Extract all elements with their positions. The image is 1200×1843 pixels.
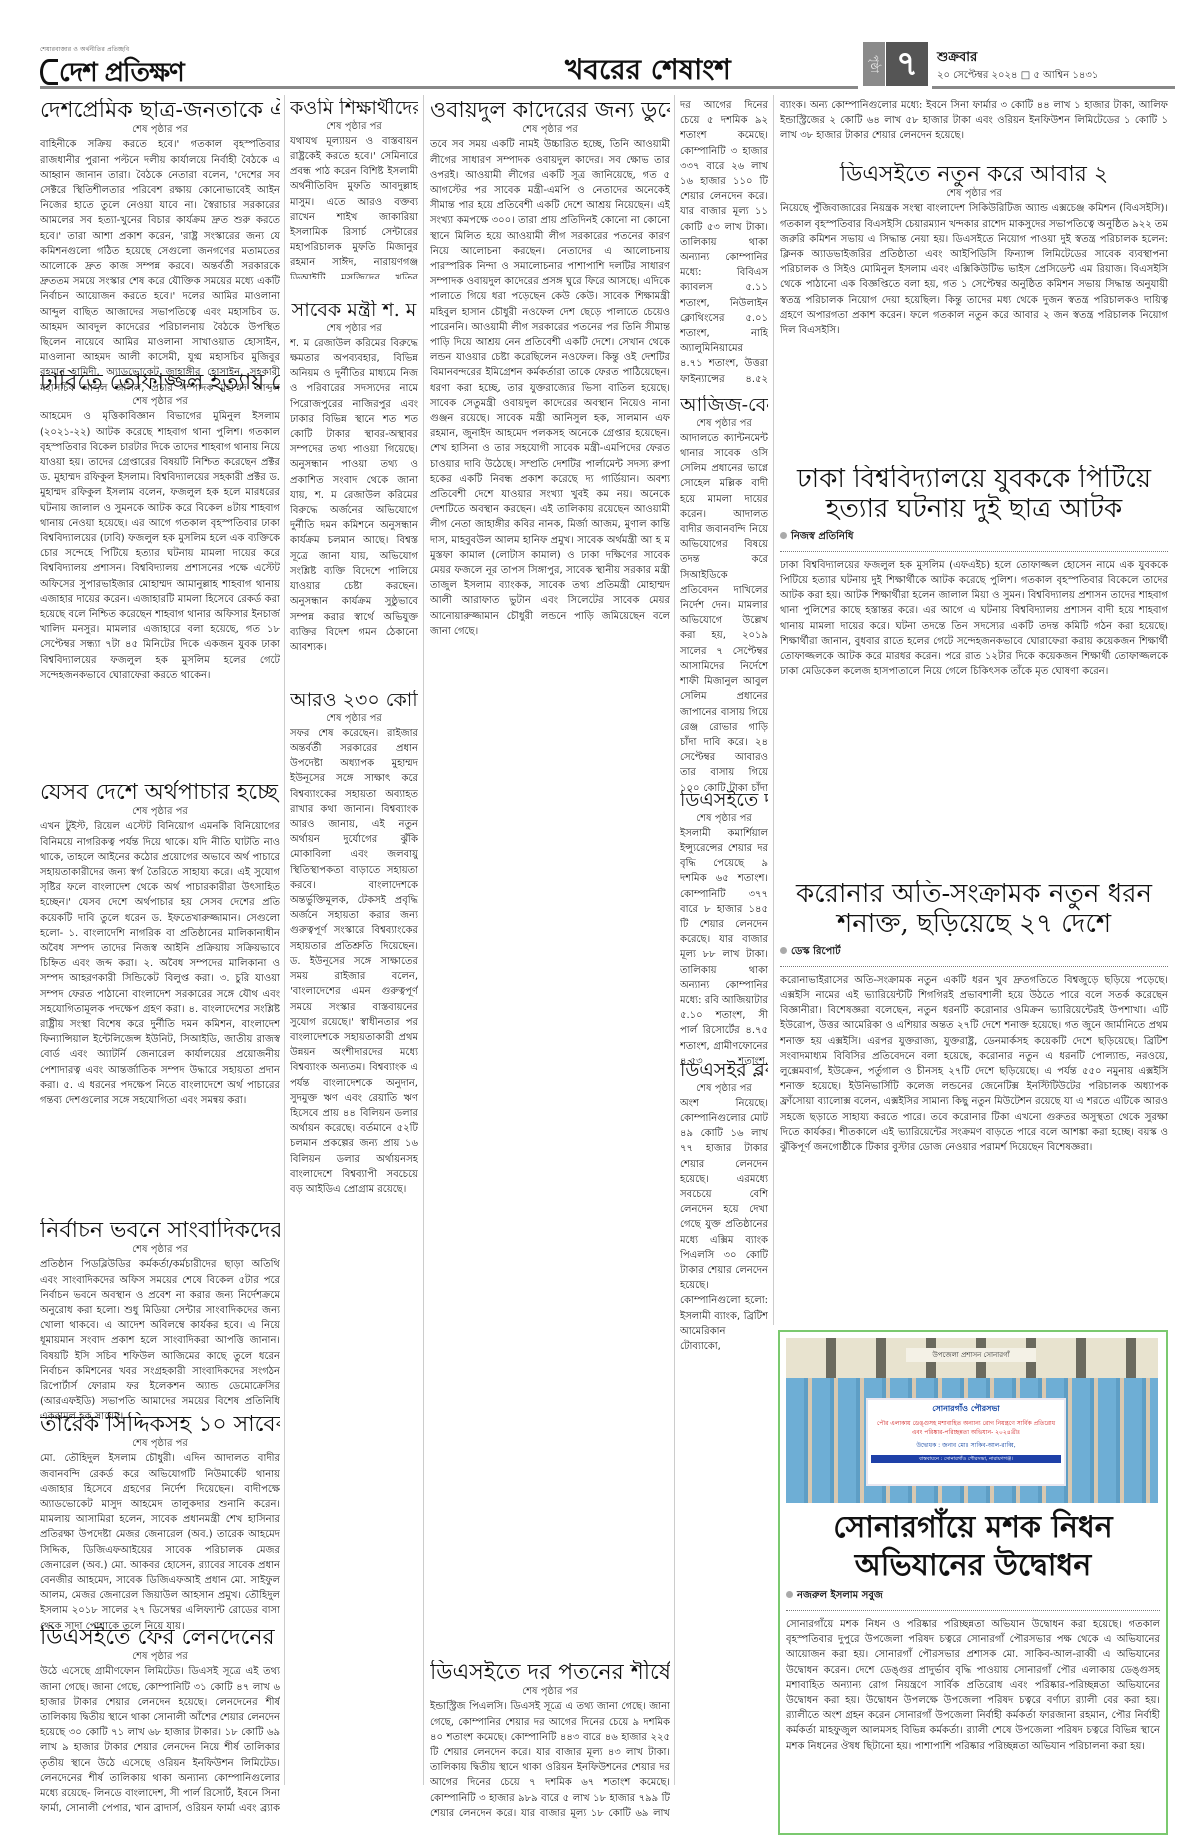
headline: ডিএসইতে নতুন করে আবার ২ [780,162,1168,187]
jump-label: শেষ পৃষ্ঠার পর [680,417,768,431]
article-sonargaon[interactable]: উপজেলা প্রশাসন সোনারগাঁ সোনারগাঁও পৌরসভা… [778,1330,1168,1835]
header-rule-right [932,86,1175,89]
header-rule-left [40,86,858,89]
headline: যেসব দেশে অর্থপাচার হচ্ছে তাদের [40,780,280,805]
article-tarek[interactable]: তারেক সিদ্দিকসহ ১০ সাবেক সেনা শেষ পৃষ্ঠা… [40,1412,280,1636]
article-body: প্রতিষ্ঠান পিডব্লিউডির কর্মকর্তা/কর্মচার… [40,1257,280,1422]
column-rule [773,95,774,1325]
headline: ওবায়দুল কাদেরের জন্য ডুবেছে [430,98,670,123]
headline: আরও ২৩০ কোটি [290,690,418,712]
article-aziz-benazir[interactable]: আজিজ-বেনজীরসহ শেষ পৃষ্ঠার পর আদালতে ক্যা… [680,395,768,791]
article-body: করোনাভাইরাসের অতি-সংক্রামক নতুন একটি ধরন… [780,973,1168,1298]
article-body: মো. তৌহিদুল ইসলাম চৌধুরী। এদিন আদালত বাদ… [40,1451,280,1636]
jump-label: শেষ পৃষ্ঠার পর [40,805,280,819]
article-dse-notun[interactable]: ডিএসইতে নতুন করে আবার ২ শেষ পৃষ্ঠার পর ন… [780,162,1168,416]
column-rule [284,95,285,1785]
article-body: উঠে এসেছে গ্রামীণফোন লিমিটেড। ডিএসই সূত্… [40,1664,280,1816]
headline: নির্বাচন ভবনে সাংবাদিকদের প্রবেশ [40,1218,280,1243]
bullet-icon [786,1591,793,1598]
article-col6-continuation[interactable]: ব্যাংক। অন্য কোম্পানিগুলোর মধ্যে: ইবনে স… [780,98,1168,160]
article-body: তবে সব সময় একটি নামই উচ্চারিত হচ্ছে, তি… [430,137,670,1672]
newspaper-logo[interactable]: দেশ প্রতিক্ষণ [40,52,184,96]
jump-label: শেষ পৃষ্ঠার পর [780,187,1168,201]
newspaper-page: শেয়ারবাজার ও অর্থনীতির প্রতিচ্ছবি দেশ প… [40,0,1175,1843]
headline: দেশপ্রেমিক ছাত্র-জনতাকে ঐক্যবদ্ধ [40,98,280,123]
article-dse-poton[interactable]: ডিএসইতে দর পতনের শীর্ষে হামি শেষ পৃষ্ঠার… [430,1660,670,1819]
article-obaidul[interactable]: ওবায়দুল কাদেরের জন্য ডুবেছে শেষ পৃষ্ঠার… [430,98,670,1672]
jump-label: শেষ পৃষ্ঠার পর [40,1243,280,1257]
article-body: যথাযথ মূল্যায়ন ও বাস্তবায়ন রাষ্ট্রকেই … [290,134,418,279]
issue-date: ২০ সেপ্টেম্বর ২০২৪ □ ৫ আশ্বিন ১৪৩১ [937,68,1098,85]
jump-label: শেষ পৃষ্ঠার পর [290,322,418,336]
news-photo[interactable]: উপজেলা প্রশাসন সোনারগাঁ সোনারগাঁও পৌরসভা… [786,1338,1158,1503]
logo-text: দেশ প্রতিক্ষণ [59,58,184,88]
column-rule [423,95,424,1785]
jump-label: শেষ পৃষ্ঠার পর [290,712,418,726]
article-body: নিয়েছে পুঁজিবাজারের নিয়ন্ত্রক সংস্থা ব… [780,201,1168,416]
headline: করোনার অতি-সংক্রামক নতুন ধরন শনাক্ত, ছড়… [780,880,1168,940]
article-col5-continuation[interactable]: দর আগের দিনের চেয়ে ৫ দশমিক ৯২ শতাংশ কমে… [680,98,768,388]
headline: ডিএসইর ব্লক মার্কেটে [680,1060,768,1082]
jump-label: শেষ পৃষ্ঠার পর [290,120,418,134]
jump-label: শেষ পৃষ্ঠার পর [680,1082,768,1096]
jump-label: শেষ পৃষ্ঠার পর [430,1685,670,1699]
headline: ডিএসইতে ফের লেনদেনের শীর্ষে [40,1625,280,1650]
jump-label: শেষ পৃষ্ঠার পর [40,1650,280,1664]
bullet-icon [780,947,787,954]
article-body: ইসলামী কমার্শিয়াল ইন্স্যুরেন্সের শেয়ার… [680,826,768,1066]
jump-label: শেষ পৃষ্ঠার পর [430,123,670,137]
byline: নিজস্ব প্রতিনিধি [780,529,1168,552]
byline: নজরুল ইসলাম সবুজ [786,1588,1160,1611]
article-body: দর আগের দিনের চেয়ে ৫ দশমিক ৯২ শতাংশ কমে… [680,98,768,388]
page-label: পৃষ্ঠা [863,42,885,86]
headline: কওমি শিক্ষার্থীদের [290,98,418,120]
logo-ring-icon [40,59,58,85]
article-body: আহমেদ ও মৃত্তিকাবিজ্ঞান বিভাগের মুমিনুল … [40,409,280,794]
headline: ডিএসইতে দর [680,790,768,812]
article-body: ব্যাংক। অন্য কোম্পানিগুলোর মধ্যে: ইবনে স… [780,98,1168,160]
article-block-market[interactable]: ডিএসইর ব্লক মার্কেটে শেষ পৃষ্ঠার পর অংশ … [680,1060,768,1351]
photo-banner: সোনারগাঁও পৌরসভা পৌর এলাকায় ডেঙ্গুসহ মশ… [866,1398,1066,1486]
jump-label: শেষ পৃষ্ঠার পর [40,395,280,409]
jump-label: শেষ পৃষ্ঠার পর [40,1437,280,1451]
article-body: আদালতে ক্যান্টনমেন্ট থানার সাবেক ওসি সেল… [680,431,768,791]
article-dse-fer[interactable]: ডিএসইতে ফের লেনদেনের শীর্ষে শেষ পৃষ্ঠার … [40,1625,280,1816]
article-body: সোনারগাঁয়ে মশক নিধন ও পরিষ্কার পরিচ্ছন্… [786,1617,1160,1762]
headline: ঢাকা বিশ্ববিদ্যালয়ে যুবককে পিটিয়ে হত্য… [780,465,1168,525]
article-arthopachar[interactable]: যেসব দেশে অর্থপাচার হচ্ছে তাদের শেষ পৃষ্… [40,780,280,1229]
article-qawmi[interactable]: কওমি শিক্ষার্থীদের শেষ পৃষ্ঠার পর যথাযথ … [290,98,418,279]
article-body: এখন টুইস্ট, রিয়েল এস্টেট বিনিয়োগ এমনকি… [40,819,280,1229]
masthead: শেয়ারবাজার ও অর্থনীতির প্রতিচ্ছবি দেশ প… [40,36,1175,84]
article-arou-230-koti[interactable]: আরও ২৩০ কোটি শেষ পৃষ্ঠার পর সফর শেষ করেছ… [290,690,418,1821]
jump-label: শেষ পৃষ্ঠার পর [40,123,280,137]
article-shom-rezaul[interactable]: সাবেক মন্ত্রী শ. ম শেষ পৃষ্ঠার পর শ. ম র… [290,300,418,711]
page-number: ৭ [886,42,928,86]
headline: সোনারগাঁয়ে মশক নিধন অভিযানের উদ্বোধন [786,1509,1160,1584]
article-body: ঢাকা বিশ্ববিদ্যালয়ের ফজলুল হক মুসলিম (এ… [780,558,1168,868]
headline: তারেক সিদ্দিকসহ ১০ সাবেক সেনা [40,1412,280,1437]
bullet-icon [780,532,787,539]
article-dhabi-murder[interactable]: ঢাকা বিশ্ববিদ্যালয়ে যুবককে পিটিয়ে হত্য… [780,465,1168,868]
article-body: ইন্ডাস্ট্রিজ পিএলসি। ডিএসই সূত্রে এ তথ্য… [430,1699,670,1819]
article-deshpremik[interactable]: দেশপ্রেমিক ছাত্র-জনতাকে ঐক্যবদ্ধ শেষ পৃষ… [40,98,280,392]
article-body: সফর শেষ করেছেন। রাইজার অন্তর্বর্তী সরকার… [290,726,418,1821]
photo-sign: উপজেলা প্রশাসন সোনারগাঁ [906,1348,1036,1362]
article-body: শ. ম রেজাউল করিমের বিরুদ্ধে ক্ষমতার অপব্… [290,336,418,711]
headline: ডিএসইতে দর পতনের শীর্ষে হামি [430,1660,670,1685]
column-rule [674,95,675,1785]
article-body: বাহিনীকে সক্রিয় করতে হবে।' গতকাল বৃহস্প… [40,137,280,392]
jump-label: শেষ পৃষ্ঠার পর [680,812,768,826]
article-corona[interactable]: করোনার অতি-সংক্রামক নতুন ধরন শনাক্ত, ছড়… [780,880,1168,1298]
byline: ডেস্ক রিপোর্ট [780,944,1168,967]
headline: ঢাবিতে তোফাজ্জল হত্যায় নেতৃত্ব [40,370,280,395]
article-tofazzal[interactable]: ঢাবিতে তোফাজ্জল হত্যায় নেতৃত্ব শেষ পৃষ্… [40,370,280,794]
headline: আজিজ-বেনজীরসহ [680,395,768,417]
issue-day: শুক্রবার [937,48,977,69]
article-dse-dor[interactable]: ডিএসইতে দর শেষ পৃষ্ঠার পর ইসলামী কমার্শি… [680,790,768,1066]
headline: সাবেক মন্ত্রী শ. ম [290,300,418,322]
article-body: অংশ নিয়েছে। কোম্পানিগুলোর মোট ৪৯ কোটি ১… [680,1096,768,1351]
article-nirbachon[interactable]: নির্বাচন ভবনে সাংবাদিকদের প্রবেশ শেষ পৃষ… [40,1218,280,1422]
